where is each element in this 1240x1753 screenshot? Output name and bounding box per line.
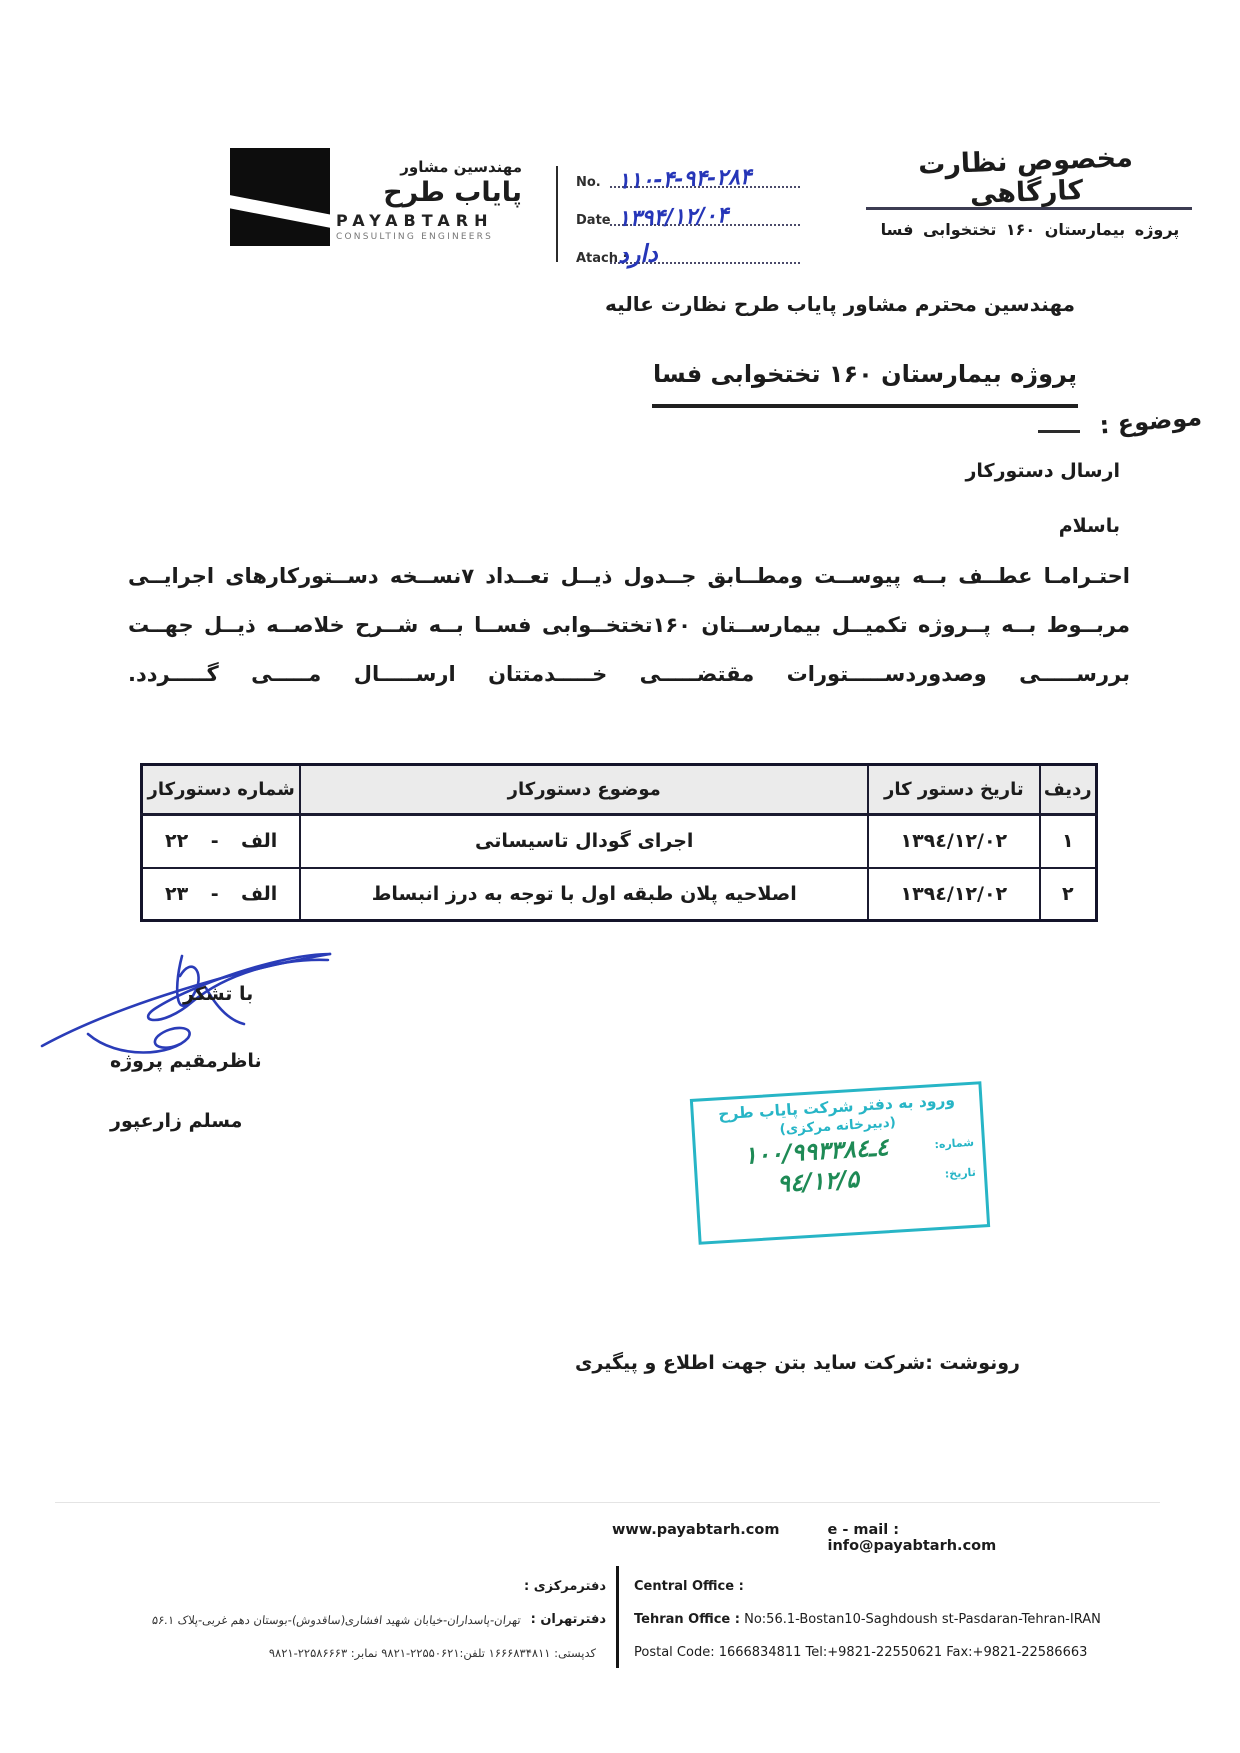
body-line-2: مربــوط بــه پــروژه تکمیــل بیمارســتان…	[128, 601, 1130, 650]
header-subject: موضوع دستورکار	[300, 765, 868, 815]
row1-no-dash: -	[211, 830, 219, 852]
salutation: باسلام	[945, 515, 1120, 537]
footer-en-central: Central Office :	[634, 1570, 1174, 1603]
central-office-label-fa: دفترمرکزی :	[524, 1579, 606, 1594]
cc-line: رونوشت :شرکت ساید بتن جهت اطلاع و پیگیری	[560, 1352, 1020, 1374]
footer-en-tehran: Tehran Office : No:56.1-Bostan10-Saghdou…	[634, 1603, 1174, 1636]
logo-stripe-shape	[230, 193, 330, 232]
footer-english-column: Central Office : Tehran Office : No:56.1…	[634, 1570, 1174, 1669]
tehran-office-address: No:56.1-Bostan10-Saghdoush st-Pasdaran-T…	[744, 1612, 1101, 1627]
header-date: تاریخ دستور کار	[868, 765, 1039, 815]
company-logo	[230, 148, 330, 246]
row1-no-num: ۲۲	[165, 830, 188, 852]
postal-tel-fax-line: Postal Code: 1666834811 Tel:+9821-225506…	[634, 1645, 1087, 1660]
footer-fa-contact: کدپستی: ۱۶۶۶۸۳۴۸۱۱ تلفن:۲۲۵۵۰۶۲۱-۹۸۲۱ نم…	[90, 1636, 606, 1669]
letter-title: پروژه بیمارستان ۱۶۰ تختخوابی فسا	[640, 360, 1090, 388]
table-row: ۱ ۱۳۹٤/۱۲/۰۲ اجرای گودال تاسیساتی الف - …	[142, 815, 1097, 868]
footer-fa-central: دفترمرکزی :	[90, 1570, 606, 1603]
atach-handwritten-value: دارد	[618, 239, 659, 268]
table-header-row: ردیف تاریخ دستور کار موضوع دستورکار شمار…	[142, 765, 1097, 815]
tehran-office-address-fa: تهران-پاسداران-خیابان شهید افشاری(ساقدوش…	[151, 1613, 521, 1627]
signature-thanks: با تشکر	[183, 983, 253, 1005]
no-label: No.	[576, 175, 601, 190]
dept-underline	[866, 207, 1192, 210]
row2-radif: ۲	[1040, 868, 1097, 921]
footer-web-line: www.payabtarh.com e - mail : info@payabt…	[612, 1522, 1052, 1554]
logo-consulting-engineers-en: CONSULTING ENGINEERS	[336, 232, 522, 242]
office-entry-stamp: ورود به دفتر شرکت پایاب طرح (دبیرخانه مر…	[690, 1081, 990, 1245]
dept-title-block: مخصوص نظارت کارگاهی	[858, 146, 1194, 208]
logo-text-block: مهندسین مشاور پایاب طرح PAYABTARH CONSUL…	[336, 158, 522, 242]
row2-no-dash: -	[211, 883, 219, 905]
header-divider	[556, 166, 558, 262]
subject-dash	[1038, 430, 1080, 433]
logo-consulting-engineers-fa: مهندسین مشاور	[336, 158, 522, 176]
table-row: ۲ ۱۳۹٤/۱۲/۰۲ اصلاحیه پلان طبقه اول با تو…	[142, 868, 1097, 921]
subject-label: موضوع :	[1081, 403, 1203, 441]
addressee-line: مهندسین محترم مشاور پایاب طرح نظارت عالی…	[560, 292, 1120, 316]
row1-date: ۱۳۹٤/۱۲/۰۲	[868, 815, 1039, 868]
central-office-label: Central Office :	[634, 1579, 744, 1594]
tehran-office-label-fa: دفترتهران :	[531, 1612, 606, 1627]
footer-fa-tehran: دفترتهران : تهران-پاسداران-خیابان شهید ا…	[90, 1603, 606, 1636]
row1-radif: ۱	[1040, 815, 1097, 868]
footer-en-contact: Postal Code: 1666834811 Tel:+9821-225506…	[634, 1636, 1174, 1669]
no-handwritten-value: ۱۱۰-۴-۹۴-۲۸۴	[618, 165, 753, 195]
header-radif: ردیف	[1040, 765, 1097, 815]
header-number: شماره دستورکار	[142, 765, 301, 815]
logo-company-name-en: PAYABTARH	[336, 211, 522, 230]
logo-company-name-fa: پایاب طرح	[336, 177, 522, 208]
letter-title-underline	[652, 404, 1078, 408]
scanned-letter-page: مهندسین مشاور پایاب طرح PAYABTARH CONSUL…	[0, 0, 1240, 1753]
footer-persian-column: دفترمرکزی : دفترتهران : تهران-پاسداران-خ…	[90, 1570, 606, 1669]
date-handwritten-value: ۱۳۹۴/۱۲/۰۴	[618, 203, 729, 232]
postal-tel-fax-line-fa: کدپستی: ۱۶۶۶۸۳۴۸۱۱ تلفن:۲۲۵۵۰۶۲۱-۹۸۲۱ نم…	[269, 1646, 596, 1660]
atach-field: Atach : دارد	[576, 234, 836, 272]
website-link: www.payabtarh.com	[612, 1522, 779, 1554]
dept-title: مخصوص نظارت کارگاهی	[857, 140, 1195, 214]
row1-number: الف - ۲۲	[142, 815, 301, 868]
letter-body: احتـرامـا عطــف بــه پیوســت ومطــابق جـ…	[128, 552, 1130, 699]
date-label: Date	[576, 213, 611, 228]
letter-number-fields: No. ۱۱۰-۴-۹۴-۲۸۴ Date ۱۳۹۴/۱۲/۰۴ Atach :…	[576, 158, 836, 272]
row2-no-num: ۲۳	[165, 883, 188, 905]
footer-divider	[616, 1566, 619, 1668]
row1-no-alef: الف	[241, 830, 277, 852]
body-line-1: احتـرامـا عطــف بــه پیوســت ومطــابق جـ…	[128, 552, 1130, 601]
tehran-office-label: Tehran Office :	[634, 1612, 740, 1627]
subject-value: ارسال دستورکار	[880, 460, 1120, 482]
row1-subject: اجرای گودال تاسیساتی	[300, 815, 868, 868]
row2-no-alef: الف	[241, 883, 277, 905]
stamp-date-label: تاریخ:	[929, 1165, 976, 1181]
signature-role: ناظرمقیم پروژه	[110, 1050, 262, 1072]
signature-name: مسلم زارعپور	[110, 1110, 242, 1132]
stamp-number-label: شماره:	[928, 1135, 975, 1151]
row2-number: الف - ۲۳	[142, 868, 301, 921]
dept-project-line: پروژه بیمارستان ۱۶۰ تختخوابی فسا	[868, 220, 1192, 239]
work-order-table: ردیف تاریخ دستور کار موضوع دستورکار شمار…	[140, 763, 1098, 922]
body-line-3: بررســـــی وصدوردســـــتورات مقتضـــــی …	[128, 650, 1130, 699]
row2-subject: اصلاحیه پلان طبقه اول با توجه به درز انب…	[300, 868, 868, 921]
email-link: e - mail : info@payabtarh.com	[827, 1522, 1052, 1554]
date-field: Date ۱۳۹۴/۱۲/۰۴	[576, 196, 836, 234]
row2-date: ۱۳۹٤/۱۲/۰۲	[868, 868, 1039, 921]
no-field: No. ۱۱۰-۴-۹۴-۲۸۴	[576, 158, 836, 196]
footer-faint-rule	[55, 1502, 1160, 1503]
